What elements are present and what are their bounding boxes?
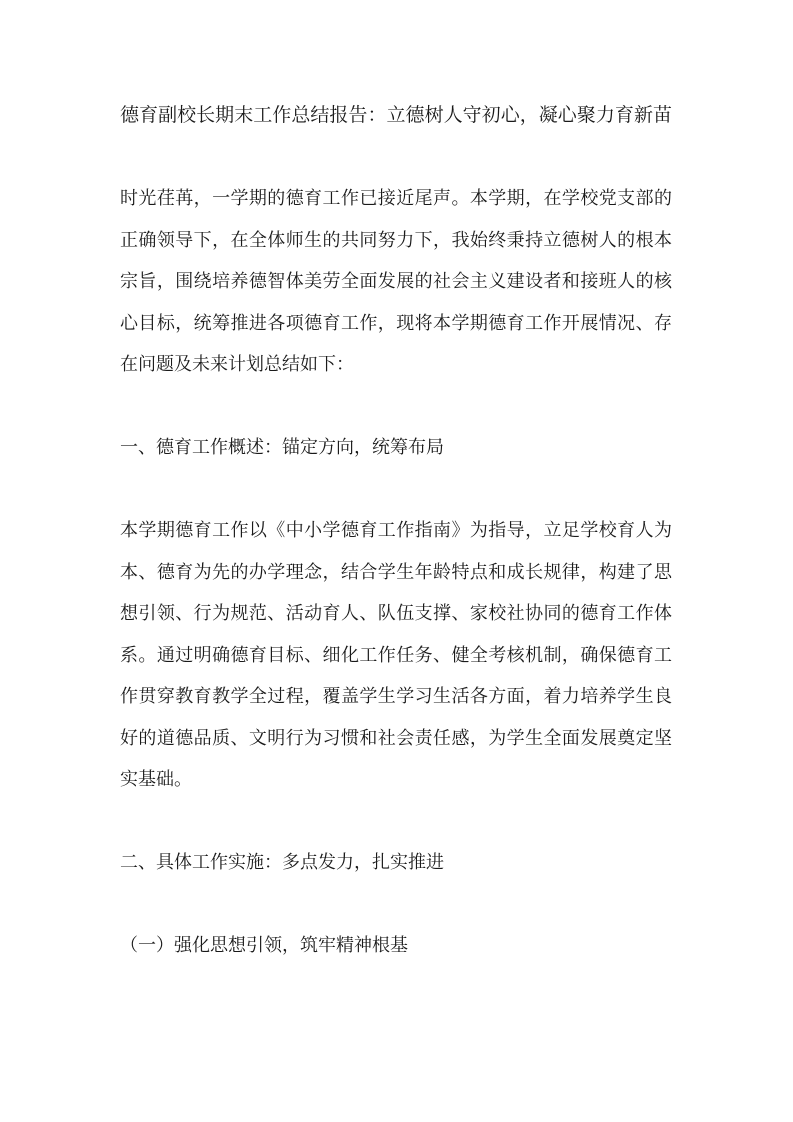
text-line: 实基础。 <box>120 759 672 801</box>
text-line: 本学期德育工作以《中小学德育工作指南》为指导，立足学校育人为 <box>120 510 672 552</box>
text-line: 心目标，统筹推进各项德育工作，现将本学期德育工作开展情况、存 <box>120 303 672 345</box>
text-line: 德育副校长期末工作总结报告：立德树人守初心，凝心聚力育新苗 <box>120 95 672 137</box>
text-line: 二、具体工作实施：多点发力，扎实推进 <box>120 842 672 884</box>
text-line: 好的道德品质、文明行为习惯和社会责任感，为学生全面发展奠定坚 <box>120 718 672 760</box>
text-line: 本、德育为先的办学理念，结合学生年龄特点和成长规律，构建了思 <box>120 552 672 594</box>
intro-paragraph: 时光荏苒，一学期的德育工作已接近尾声。本学期，在学校党支部的正确领导下，在全体师… <box>120 178 672 386</box>
text-line: （一）强化思想引领，筑牢精神根基 <box>120 925 672 967</box>
text-line: 系。通过明确德育目标、细化工作任务、健全考核机制，确保德育工 <box>120 635 672 677</box>
text-line: 宗旨，围绕培养德智体美劳全面发展的社会主义建设者和接班人的核 <box>120 261 672 303</box>
text-line: 在问题及未来计划总结如下： <box>120 344 672 386</box>
text-line: 一、德育工作概述：锚定方向，统筹布局 <box>120 427 672 469</box>
section-1-paragraph: 本学期德育工作以《中小学德育工作指南》为指导，立足学校育人为本、德育为先的办学理… <box>120 510 672 801</box>
text-line: 正确领导下，在全体师生的共同努力下，我始终秉持立德树人的根本 <box>120 220 672 262</box>
section-2-heading: 二、具体工作实施：多点发力，扎实推进 <box>120 842 672 884</box>
text-line: 作贯穿教育教学全过程，覆盖学生学习生活各方面，着力培养学生良 <box>120 676 672 718</box>
document-page: 德育副校长期末工作总结报告：立德树人守初心，凝心聚力育新苗 时光荏苒，一学期的德… <box>0 0 793 1122</box>
text-line: 想引领、行为规范、活动育人、队伍支撑、家校社协同的德育工作体 <box>120 593 672 635</box>
text-line: 时光荏苒，一学期的德育工作已接近尾声。本学期，在学校党支部的 <box>120 178 672 220</box>
section-2-subsection-1-heading: （一）强化思想引领，筑牢精神根基 <box>120 925 672 967</box>
section-1-heading: 一、德育工作概述：锚定方向，统筹布局 <box>120 427 672 469</box>
document-title: 德育副校长期末工作总结报告：立德树人守初心，凝心聚力育新苗 <box>120 95 672 137</box>
